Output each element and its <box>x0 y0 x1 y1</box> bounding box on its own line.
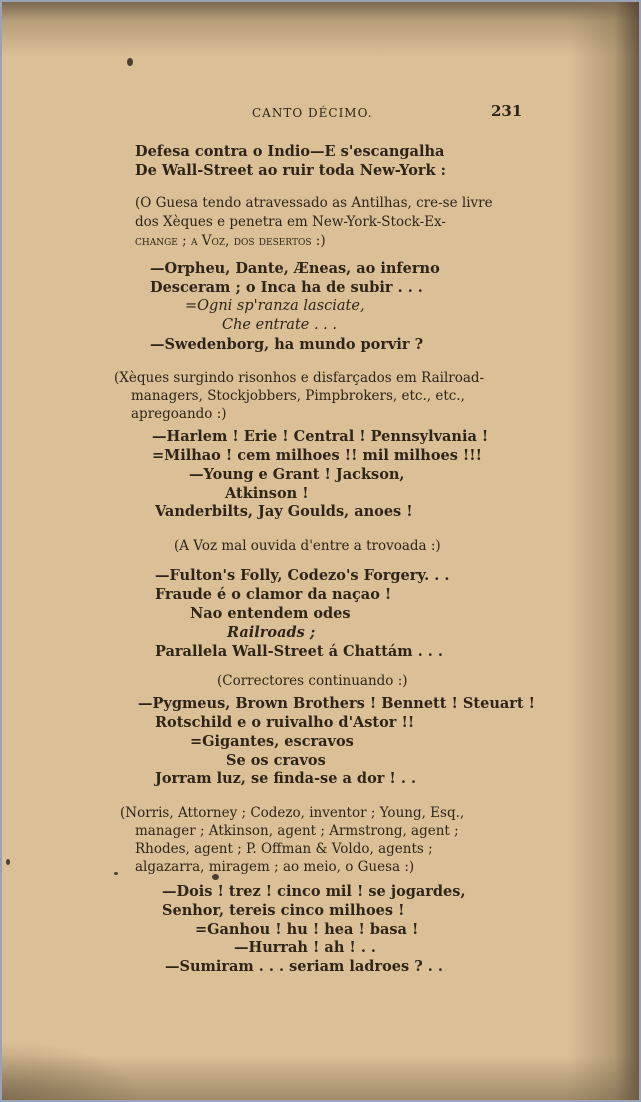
verse-line: Atkinson ! <box>225 484 309 503</box>
verse-line: Jorram luz, se finda-se a dor ! . . <box>155 769 416 788</box>
verse-line-italic: Railroads ; <box>227 623 315 642</box>
verse-line: —Swedenborg, ha mundo porvir ? <box>150 335 423 354</box>
stage-direction: (A Voz mal ouvida d'entre a trovoada :) <box>174 537 441 556</box>
stage-direction: Rhodes, agent ; P. Offman & Voldo, agent… <box>135 840 433 859</box>
page-edge-stain-top <box>2 2 639 57</box>
verse-line: Se os cravos <box>226 751 326 770</box>
stage-direction: managers, Stockjobbers, Pimpbrokers, etc… <box>131 387 465 406</box>
stage-direction: (Xèques surgindo risonhos e disfarçados … <box>114 369 484 388</box>
verse-line: Nao entendem odes <box>190 604 351 623</box>
verse-line: Parallela Wall-Street á Chattám . . . <box>155 642 443 661</box>
verse-line: =Milhao ! cem milhoes !! mil milhoes !!! <box>152 446 482 465</box>
stage-direction: (Correctores continuando :) <box>217 672 408 691</box>
stage-direction: (Norris, Attorney ; Codezo, inventor ; Y… <box>120 804 464 823</box>
book-page: CANTO DÉCIMO. 231 Defesa contra o Indio—… <box>2 2 639 1100</box>
page-edge-stain-right <box>569 2 639 1100</box>
verse-line: =Gigantes, escravos <box>190 732 354 751</box>
stage-direction: dos Xèques e penetra em New-York-Stock-E… <box>135 213 446 232</box>
verse-line: —Young e Grant ! Jackson, <box>189 465 404 484</box>
running-title: CANTO DÉCIMO. <box>252 104 373 123</box>
verse-line: —Pygmeus, Brown Brothers ! Bennett ! Ste… <box>138 694 535 713</box>
verse-line-italic: =Ogni sp'ranza lasciate, <box>185 297 365 316</box>
ink-speck <box>114 872 118 875</box>
verse-line: Fraude é o clamor da naçao ! <box>155 585 391 604</box>
verse-line: —Dois ! trez ! cinco mil ! se jogardes, <box>162 882 466 901</box>
page-number: 231 <box>491 102 522 121</box>
verse-line: Vanderbilts, Jay Goulds, anoes ! <box>155 502 413 521</box>
verse-line: —Hurrah ! ah ! . . <box>234 938 376 957</box>
verse-line: De Wall-Street ao ruir toda New-York : <box>135 161 446 180</box>
verse-line: —Sumiram . . . seriam ladroes ? . . <box>165 957 443 976</box>
ink-speck <box>127 58 133 66</box>
stage-direction: apregoando :) <box>131 405 227 424</box>
verse-line: —Orpheu, Dante, Æneas, ao inferno <box>150 259 440 278</box>
verse-line: Senhor, tereis cinco milhoes ! <box>162 901 404 920</box>
verse-line: =Ganhou ! hu ! hea ! basa ! <box>195 920 418 939</box>
stage-direction: algazarra, miragem ; ao meio, o Guesa :) <box>135 858 414 877</box>
stage-direction: change ; a Voz, dos desertos :) <box>135 232 326 251</box>
ink-speck <box>6 859 10 865</box>
stage-direction: (O Guesa tendo atravessado as Antilhas, … <box>135 194 493 213</box>
page-corner-stain <box>2 1040 142 1100</box>
verse-line-italic: Che entrate . . . <box>222 316 337 335</box>
verse-line: Rotschild e o ruivalho d'Astor !! <box>155 713 414 732</box>
verse-line: —Harlem ! Erie ! Central ! Pennsylvania … <box>152 427 488 446</box>
verse-line: —Fulton's Folly, Codezo's Forgery. . . <box>155 566 449 585</box>
stage-direction: manager ; Atkinson, agent ; Armstrong, a… <box>135 822 459 841</box>
verse-line: Defesa contra o Indio—E s'escangalha <box>135 142 444 161</box>
verse-line: Desceram ; o Inca ha de subir . . . <box>150 278 423 297</box>
